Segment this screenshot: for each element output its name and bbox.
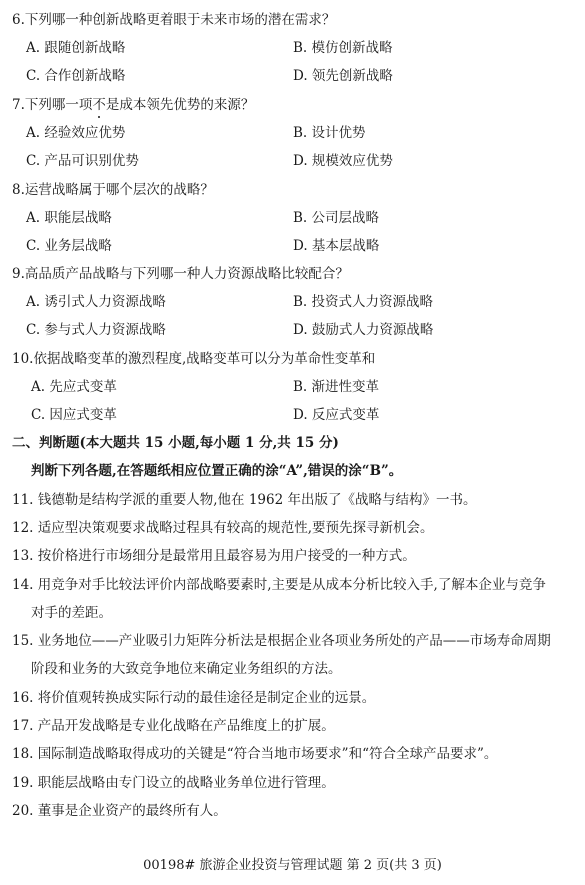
question-number: 6. [12,12,25,28]
question-10: 10.依据战略变革的激烈程度,战略变革可以分为革命性变革和 [12,350,375,368]
option-a: A. 诱引式人力资源战略 [26,293,166,311]
option-b: B. 模仿创新战略 [293,39,393,57]
option-c: C. 业务层战略 [26,237,112,255]
page-footer: 00198# 旅游企业投资与管理试题 第 2 页(共 3 页) [0,857,585,875]
option-a: A. 职能层战略 [26,209,112,227]
tf-question-17: 17. 产品开发战略是专业化战略在产品维度上的扩展。 [12,717,335,735]
emphasis-mark: 不 [92,97,106,113]
option-d: D. 领先创新战略 [293,67,393,85]
option-c: C. 产品可识别优势 [26,152,139,170]
tf-question-18: 18. 国际制造战略取得成功的关键是“符合当地市场要求”和“符合全球产品要求”。 [12,745,497,763]
tf-question-15: 15. 业务地位——产业吸引力矩阵分析法是根据企业各项业务所处的产品——市场寿命… [12,632,551,650]
question-6: 6.下列哪一种创新战略更着眼于未来市场的潜在需求？ [12,11,335,29]
tf-question-20: 20. 董事是企业资产的最终所有人。 [12,802,227,820]
option-d: D. 规模效应优势 [293,152,393,170]
option-d: D. 鼓励式人力资源战略 [293,321,433,339]
question-number: 9. [12,266,25,282]
question-stem-part: 下列哪一项 [25,97,93,113]
option-b: B. 投资式人力资源战略 [293,293,433,311]
question-stem: 下列哪一种创新战略更着眼于未来市场的潜在需求？ [25,12,336,28]
option-b: B. 设计优势 [293,124,366,142]
option-d: D. 基本层战略 [293,237,379,255]
section-instruction: 判断下列各题,在答题纸相应位置正确的涂“A”,错误的涂“B”。 [31,462,402,480]
question-stem: 运营战略属于哪个层次的战略？ [25,182,214,198]
tf-question-12: 12. 适应型决策观要求战略过程具有较高的规范性,要预先探寻新机会。 [12,519,434,537]
option-b: B. 公司层战略 [293,209,379,227]
tf-question-15-cont: 阶段和业务的大致竞争地位来确定业务组织的方法。 [31,660,342,678]
option-a: A. 先应式变革 [31,378,117,396]
option-a: A. 经验效应优势 [26,124,125,142]
option-c: C. 因应式变革 [31,406,117,424]
option-c: C. 合作创新战略 [26,67,125,85]
question-stem: 高品质产品战略与下列哪一种人力资源战略比较配合？ [25,266,349,282]
tf-question-14-cont: 对手的差距。 [31,604,112,622]
tf-question-14: 14. 用竞争对手比较法评价内部战略要素时,主要是从成本分析比较入手,了解本企业… [12,576,546,594]
tf-question-11: 11. 钱德勒是结构学派的重要人物,他在 1962 年出版了《战略与结构》一书。 [12,491,477,509]
option-c: C. 参与式人力资源战略 [26,321,166,339]
question-number: 7. [12,97,25,113]
tf-question-13: 13. 按价格进行市场细分是最常用且最容易为用户接受的一种方式。 [12,547,416,565]
tf-question-19: 19. 职能层战略由专门设立的战略业务单位进行管理。 [12,774,335,792]
question-8: 8.运营战略属于哪个层次的战略？ [12,181,214,199]
option-b: B. 渐进性变革 [293,378,379,396]
section-title: 二、判断题(本大题共 15 小题,每小题 1 分,共 15 分) [12,434,339,452]
question-9: 9.高品质产品战略与下列哪一种人力资源战略比较配合？ [12,265,349,283]
option-a: A. 跟随创新战略 [26,39,125,57]
question-stem-part: 是成本领先优势的来源？ [106,97,255,113]
question-stem: 依据战略变革的激烈程度,战略变革可以分为革命性变革和 [33,351,375,367]
question-number: 8. [12,182,25,198]
question-number: 10. [12,351,33,367]
option-d: D. 反应式变革 [293,406,379,424]
question-7: 7.下列哪一项不是成本领先优势的来源？ [12,96,254,114]
tf-question-16: 16. 将价值观转换成实际行动的最佳途径是制定企业的远景。 [12,689,375,707]
